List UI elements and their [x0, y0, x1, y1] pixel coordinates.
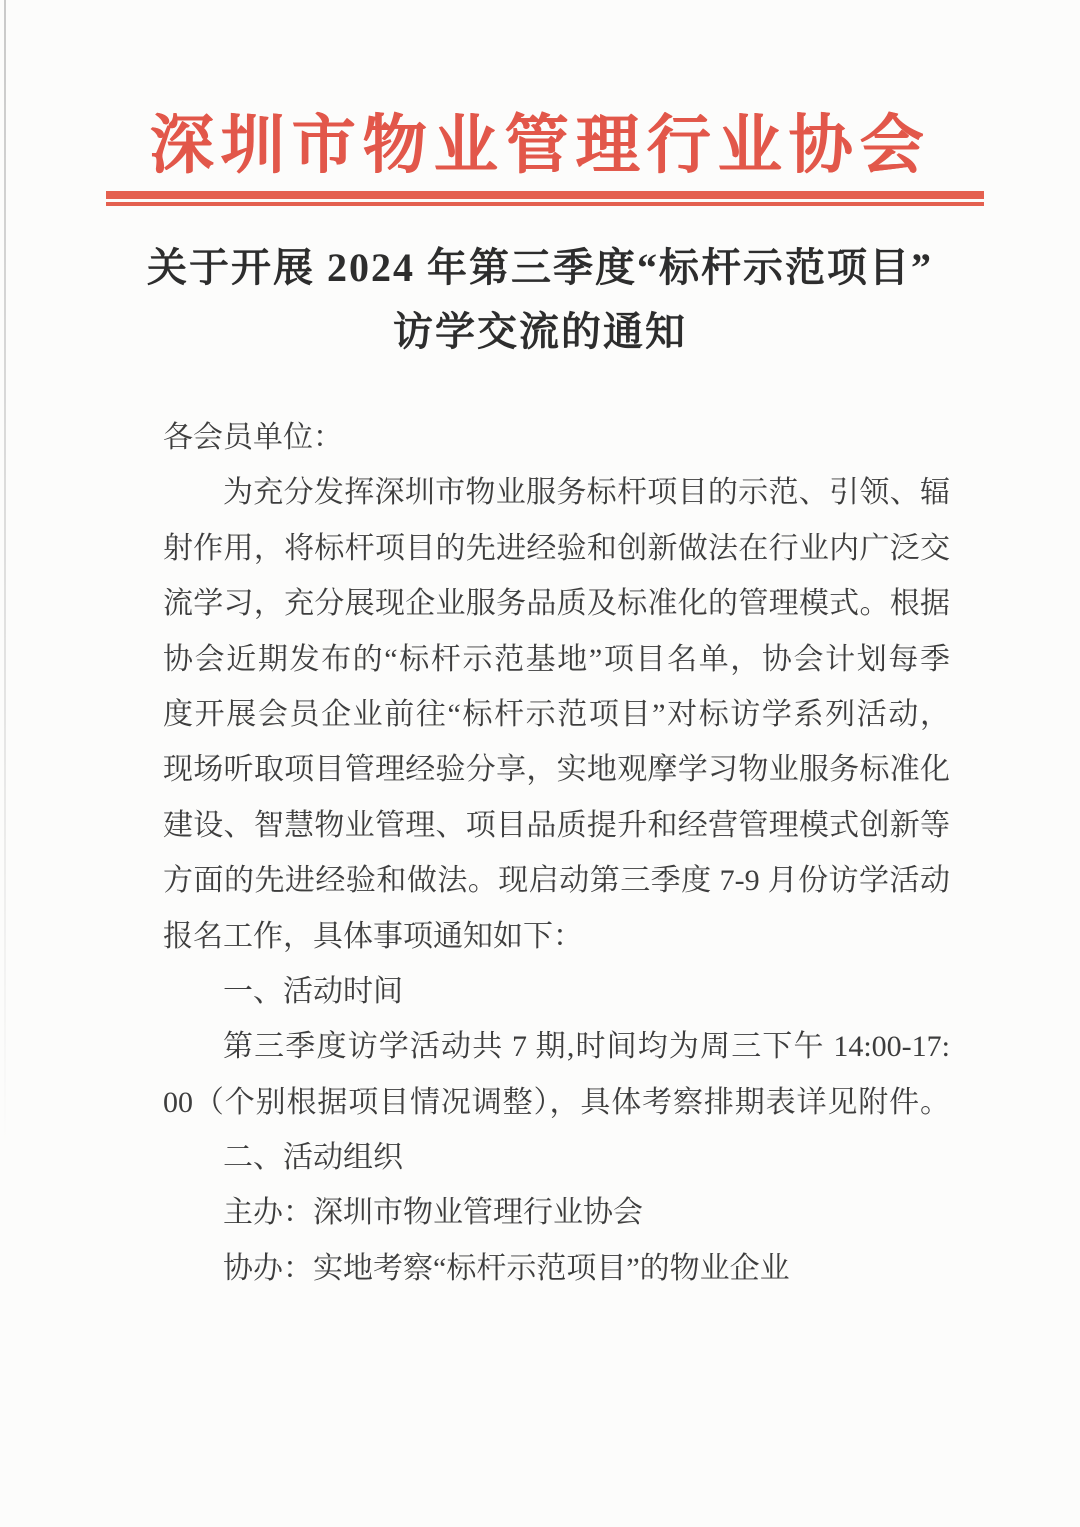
body-line: 建设、智慧物业管理、项目品质提升和经营管理模式创新等	[163, 798, 950, 853]
body-line: 00（个别根据项目情况调整），具体考察排期表详见附件。	[163, 1075, 950, 1130]
body-line: 现场听取项目管理经验分享，实地观摩学习物业服务标准化	[163, 742, 950, 797]
document-title-line1: 关于开展 2024 年第三季度“标杆示范项目”	[0, 236, 1080, 300]
document-body: 各会员单位： 为充分发挥深圳市物业服务标杆项目的示范、引领、辐 射作用，将标杆项…	[163, 410, 950, 1296]
document-page: 深圳市物业管理行业协会 关于开展 2024 年第三季度“标杆示范项目” 访学交流…	[0, 0, 1080, 1527]
body-line: 流学习，充分展现企业服务品质及标准化的管理模式。根据	[163, 576, 950, 631]
body-line: 二、活动组织	[163, 1130, 950, 1185]
body-line: 一、活动时间	[163, 964, 950, 1019]
scan-edge-artifact	[4, 0, 6, 1527]
body-line: 协会近期发布的“标杆示范基地”项目名单，协会计划每季	[163, 632, 950, 687]
body-line: 度开展会员企业前往“标杆示范项目”对标访学系列活动，	[163, 687, 950, 742]
body-line: 报名工作，具体事项通知如下：	[163, 909, 950, 964]
document-title-line2: 访学交流的通知	[0, 300, 1080, 364]
body-line: 方面的先进经验和做法。现启动第三季度 7-9 月份访学活动	[163, 853, 950, 908]
letterhead-org-name: 深圳市物业管理行业协会	[0, 94, 1080, 186]
body-line: 第三季度访学活动共 7 期,时间均为周三下午 14:00-17:	[163, 1019, 950, 1074]
body-line: 协办：实地考察“标杆示范项目”的物业企业	[163, 1241, 950, 1296]
body-line: 射作用，将标杆项目的先进经验和创新做法在行业内广泛交	[163, 521, 950, 576]
letterhead-divider-rule	[106, 191, 984, 206]
body-line: 各会员单位：	[163, 410, 950, 465]
body-line: 为充分发挥深圳市物业服务标杆项目的示范、引领、辐	[163, 465, 950, 520]
document-title: 关于开展 2024 年第三季度“标杆示范项目” 访学交流的通知	[0, 236, 1080, 364]
body-line: 主办：深圳市物业管理行业协会	[163, 1185, 950, 1240]
